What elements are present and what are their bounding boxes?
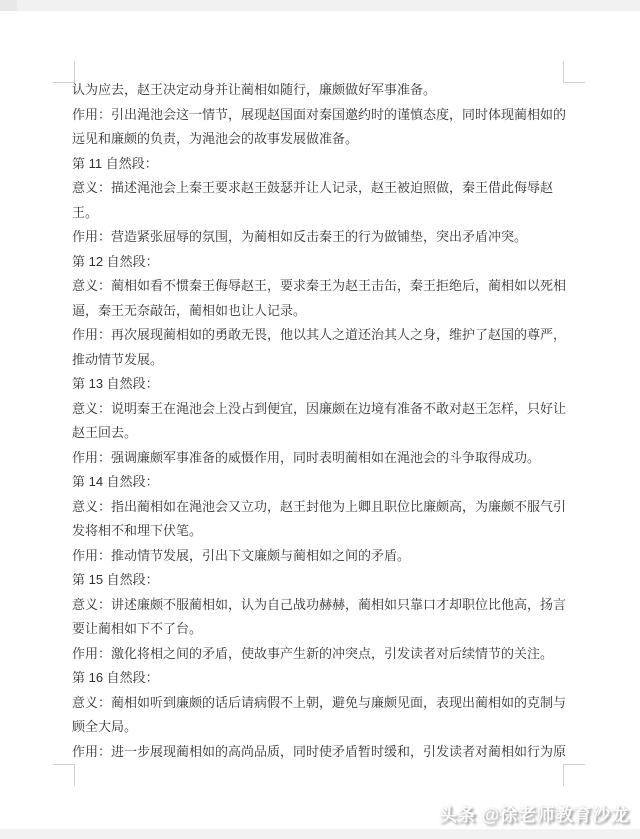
text-line: 作用：进一步展现蔺相如的高尚品质，同时使矛盾暂时缓和，引发读者对蔺相如行为原 <box>72 740 566 765</box>
text-line: 作用：引出渑池会这一情节，展现赵国面对秦国邀约时的谨慎态度，同时体现蔺相如的 <box>72 103 566 128</box>
top-edge-bar <box>0 0 640 11</box>
text-line: 赵王回去。 <box>72 421 566 446</box>
watermark: 头条 @徐老师教育沙龙 <box>439 801 629 827</box>
text-line: 发将相不和埋下伏笔。 <box>72 519 566 544</box>
text-line: 作用：激化将相之间的矛盾，使故事产生新的冲突点，引发读者对后续情节的关注。 <box>72 642 566 667</box>
text-boundary-mark-bottom-left <box>53 764 75 786</box>
text-boundary-mark-bottom-right <box>563 764 585 786</box>
text-line: 作用：再次展现蔺相如的勇敢无畏，他以其人之道还治其人之身，维护了赵国的尊严， <box>72 323 566 348</box>
text-line: 作用：营造紧张屈辱的氛围，为蔺相如反击秦王的行为做铺垫，突出矛盾冲突。 <box>72 225 566 250</box>
text-line: 意义：指出蔺相如在渑池会又立功，赵王封他为上卿且职位比廉颇高，为廉颇不服气引 <box>72 495 566 520</box>
text-line: 要让蔺相如下不了台。 <box>72 617 566 642</box>
text-line: 第 14 自然段： <box>72 470 566 495</box>
text-line: 顾全大局。 <box>72 715 566 740</box>
text-line: 第 16 自然段： <box>72 666 566 691</box>
text-line: 远见和廉颇的负责，为渑池会的故事发展做准备。 <box>72 127 566 152</box>
text-line: 意义：讲述廉颇不服蔺相如，认为自己战功赫赫，蔺相如只靠口才却职位比他高，扬言 <box>72 593 566 618</box>
text-line: 意义：说明秦王在渑池会上没占到便宜，因廉颇在边境有准备不敢对赵王怎样，只好让 <box>72 397 566 422</box>
document-page: 认为应去，赵王决定动身并让蔺相如随行，廉颇做好军事准备。作用：引出渑池会这一情节… <box>0 0 640 839</box>
text-line: 作用：推动情节发展，引出下文廉颇与蔺相如之间的矛盾。 <box>72 544 566 569</box>
text-line: 第 11 自然段： <box>72 152 566 177</box>
text-line: 意义：描述渑池会上秦王要求赵王鼓瑟并让人记录，赵王被迫照做，秦王借此侮辱赵 <box>72 176 566 201</box>
bottom-edge-bar <box>0 829 640 839</box>
document-text: 认为应去，赵王决定动身并让蔺相如随行，廉颇做好军事准备。作用：引出渑池会这一情节… <box>72 78 566 764</box>
text-line: 意义：蔺相如听到廉颇的话后请病假不上朝，避免与廉颇见面，表现出蔺相如的克制与 <box>72 691 566 716</box>
top-edge-tab <box>0 0 17 11</box>
text-line: 逼，秦王无奈敲缶，蔺相如也让人记录。 <box>72 299 566 324</box>
text-line: 第 15 自然段： <box>72 568 566 593</box>
text-line: 意义：蔺相如看不惯秦王侮辱赵王，要求秦王为赵王击缶，秦王拒绝后，蔺相如以死相 <box>72 274 566 299</box>
text-line: 王。 <box>72 201 566 226</box>
text-line: 推动情节发展。 <box>72 348 566 373</box>
text-line: 第 12 自然段： <box>72 250 566 275</box>
text-line: 作用：强调廉颇军事准备的威慑作用，同时表明蔺相如在渑池会的斗争取得成功。 <box>72 446 566 471</box>
text-boundary-mark-top-right <box>563 61 585 83</box>
text-line: 认为应去，赵王决定动身并让蔺相如随行，廉颇做好军事准备。 <box>72 78 566 103</box>
text-line: 第 13 自然段： <box>72 372 566 397</box>
